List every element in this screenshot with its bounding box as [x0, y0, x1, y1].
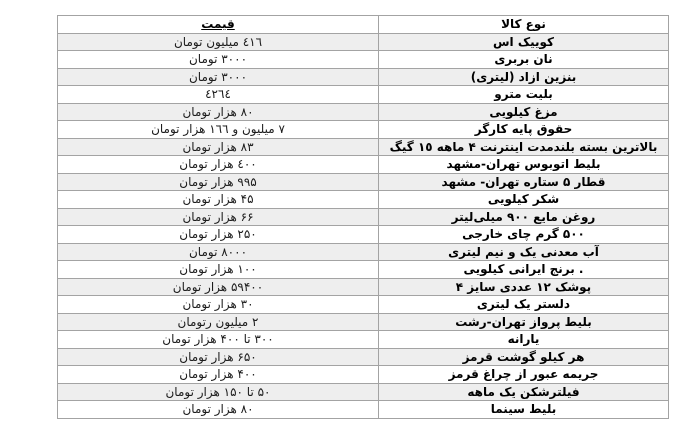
table-row: نان بربری ۳۰۰۰ تومان	[58, 51, 669, 69]
table-row: مزغ کیلویی ٨٠ هزار تومان	[58, 103, 669, 121]
table-row: . برنج ایرانی کیلویی ۱۰۰ هزار تومان	[58, 261, 669, 279]
price-cell: ٨٠ هزار تومان	[58, 401, 379, 419]
table-row: بنزین ازاد (لیتری) ۳۰۰۰ تومان	[58, 68, 669, 86]
price-cell: ۶۶ هزار تومان	[58, 208, 379, 226]
item-cell: روغن مایع ۹۰۰ میلی‌لیتر	[379, 208, 669, 226]
price-table: نوع کالا قیمت کوییک اس ٤١٦ میلیون تومان …	[57, 15, 669, 419]
price-cell: ٨٠٠٠ تومان	[58, 243, 379, 261]
page: نوع کالا قیمت کوییک اس ٤١٦ میلیون تومان …	[0, 0, 674, 447]
price-cell: ٤٠٠ هزار تومان	[58, 156, 379, 174]
header-row: نوع کالا قیمت	[58, 16, 669, 34]
item-cell: بلیط پرواز تهران-رشت	[379, 313, 669, 331]
price-cell: ۴۵ هزار تومان	[58, 191, 379, 209]
column-header-price-label: قیمت	[201, 17, 235, 31]
item-cell: بلیط سینما	[379, 401, 669, 419]
item-cell: بلیط اتوبوس تهران-مشهد	[379, 156, 669, 174]
price-cell: ۳۰ هزار تومان	[58, 296, 379, 314]
item-cell: شکر کیلویی	[379, 191, 669, 209]
item-cell: قطار ۵ ستاره تهران- مشهد	[379, 173, 669, 191]
price-cell: ۱۰۰ هزار تومان	[58, 261, 379, 279]
item-cell: دلستر یک لیتری	[379, 296, 669, 314]
column-header-item: نوع کالا	[379, 16, 669, 34]
item-cell: بلیت مترو	[379, 86, 669, 104]
item-cell: پوشک ۱۲ عددی سایز ۴	[379, 278, 669, 296]
price-cell: ٤١٦ میلیون تومان	[58, 33, 379, 51]
column-header-item-label: نوع کالا	[501, 17, 546, 31]
table-row: روغن مایع ۹۰۰ میلی‌لیتر ۶۶ هزار تومان	[58, 208, 669, 226]
price-cell: ۵۹۴۰۰ هزار تومان	[58, 278, 379, 296]
price-cell: ۶۵۰ هزار تومان	[58, 348, 379, 366]
table-row: شکر کیلویی ۴۵ هزار تومان	[58, 191, 669, 209]
item-cell: هر کیلو گوشت قرمز	[379, 348, 669, 366]
price-cell: ۳۰۰۰ تومان	[58, 68, 379, 86]
price-cell: ٧ میلیون و ١٦٦ هزار تومان	[58, 121, 379, 139]
price-cell: ٨٠ هزار تومان	[58, 103, 379, 121]
table-row: کوییک اس ٤١٦ میلیون تومان	[58, 33, 669, 51]
item-cell: جریمه عبور از چراغ قرمز	[379, 366, 669, 384]
item-cell: بالاترین بسته بلندمدت اینترنت ۴ ماهه ١٥ …	[379, 138, 669, 156]
item-cell: فیلترشکن یک ماهه	[379, 383, 669, 401]
table-row: حقوق پایه کارگر ٧ میلیون و ١٦٦ هزار توما…	[58, 121, 669, 139]
table-row: جریمه عبور از چراغ قرمز ۴۰۰ هزار تومان	[58, 366, 669, 384]
item-cell: بنزین ازاد (لیتری)	[379, 68, 669, 86]
item-cell: ۵۰۰ گرم چای خارجی	[379, 226, 669, 244]
table-row: بلیط سینما ٨٠ هزار تومان	[58, 401, 669, 419]
table-row: آب معدنی یک و نیم لیتری ٨٠٠٠ تومان	[58, 243, 669, 261]
table-row: ۵۰۰ گرم چای خارجی ۲۵۰ هزار تومان	[58, 226, 669, 244]
table-row: پوشک ۱۲ عددی سایز ۴ ۵۹۴۰۰ هزار تومان	[58, 278, 669, 296]
item-cell: مزغ کیلویی	[379, 103, 669, 121]
price-cell: ۲ میلیون رتومان	[58, 313, 379, 331]
table-row: فیلترشکن یک ماهه ۵۰ تا ۱۵۰ هزار تومان	[58, 383, 669, 401]
table-row: بلیط اتوبوس تهران-مشهد ٤٠٠ هزار تومان	[58, 156, 669, 174]
table-row: قطار ۵ ستاره تهران- مشهد ۹۹۵ هزار تومان	[58, 173, 669, 191]
item-cell: . برنج ایرانی کیلویی	[379, 261, 669, 279]
price-cell: ۲۵۰ هزار تومان	[58, 226, 379, 244]
table-row: یارانه ۳۰۰ تا ۴۰۰ هزار تومان	[58, 331, 669, 349]
item-cell: آب معدنی یک و نیم لیتری	[379, 243, 669, 261]
price-cell: ۵۰ تا ۱۵۰ هزار تومان	[58, 383, 379, 401]
item-cell: حقوق پایه کارگر	[379, 121, 669, 139]
item-cell: یارانه	[379, 331, 669, 349]
price-cell: ۴۰۰ هزار تومان	[58, 366, 379, 384]
item-cell: کوییک اس	[379, 33, 669, 51]
table-row: بالاترین بسته بلندمدت اینترنت ۴ ماهه ١٥ …	[58, 138, 669, 156]
item-cell: نان بربری	[379, 51, 669, 69]
table-row: دلستر یک لیتری ۳۰ هزار تومان	[58, 296, 669, 314]
price-cell: ۳۰۰ تا ۴۰۰ هزار تومان	[58, 331, 379, 349]
table-row: هر کیلو گوشت قرمز ۶۵۰ هزار تومان	[58, 348, 669, 366]
price-cell: ۹۹۵ هزار تومان	[58, 173, 379, 191]
column-header-price: قیمت	[58, 16, 379, 34]
price-cell: ۳۰۰۰ تومان	[58, 51, 379, 69]
price-cell: ٨٣ هزار تومان	[58, 138, 379, 156]
table-row: بلیط پرواز تهران-رشت ۲ میلیون رتومان	[58, 313, 669, 331]
price-cell: ٤٢٦٤	[58, 86, 379, 104]
table-row: بلیت مترو ٤٢٦٤	[58, 86, 669, 104]
